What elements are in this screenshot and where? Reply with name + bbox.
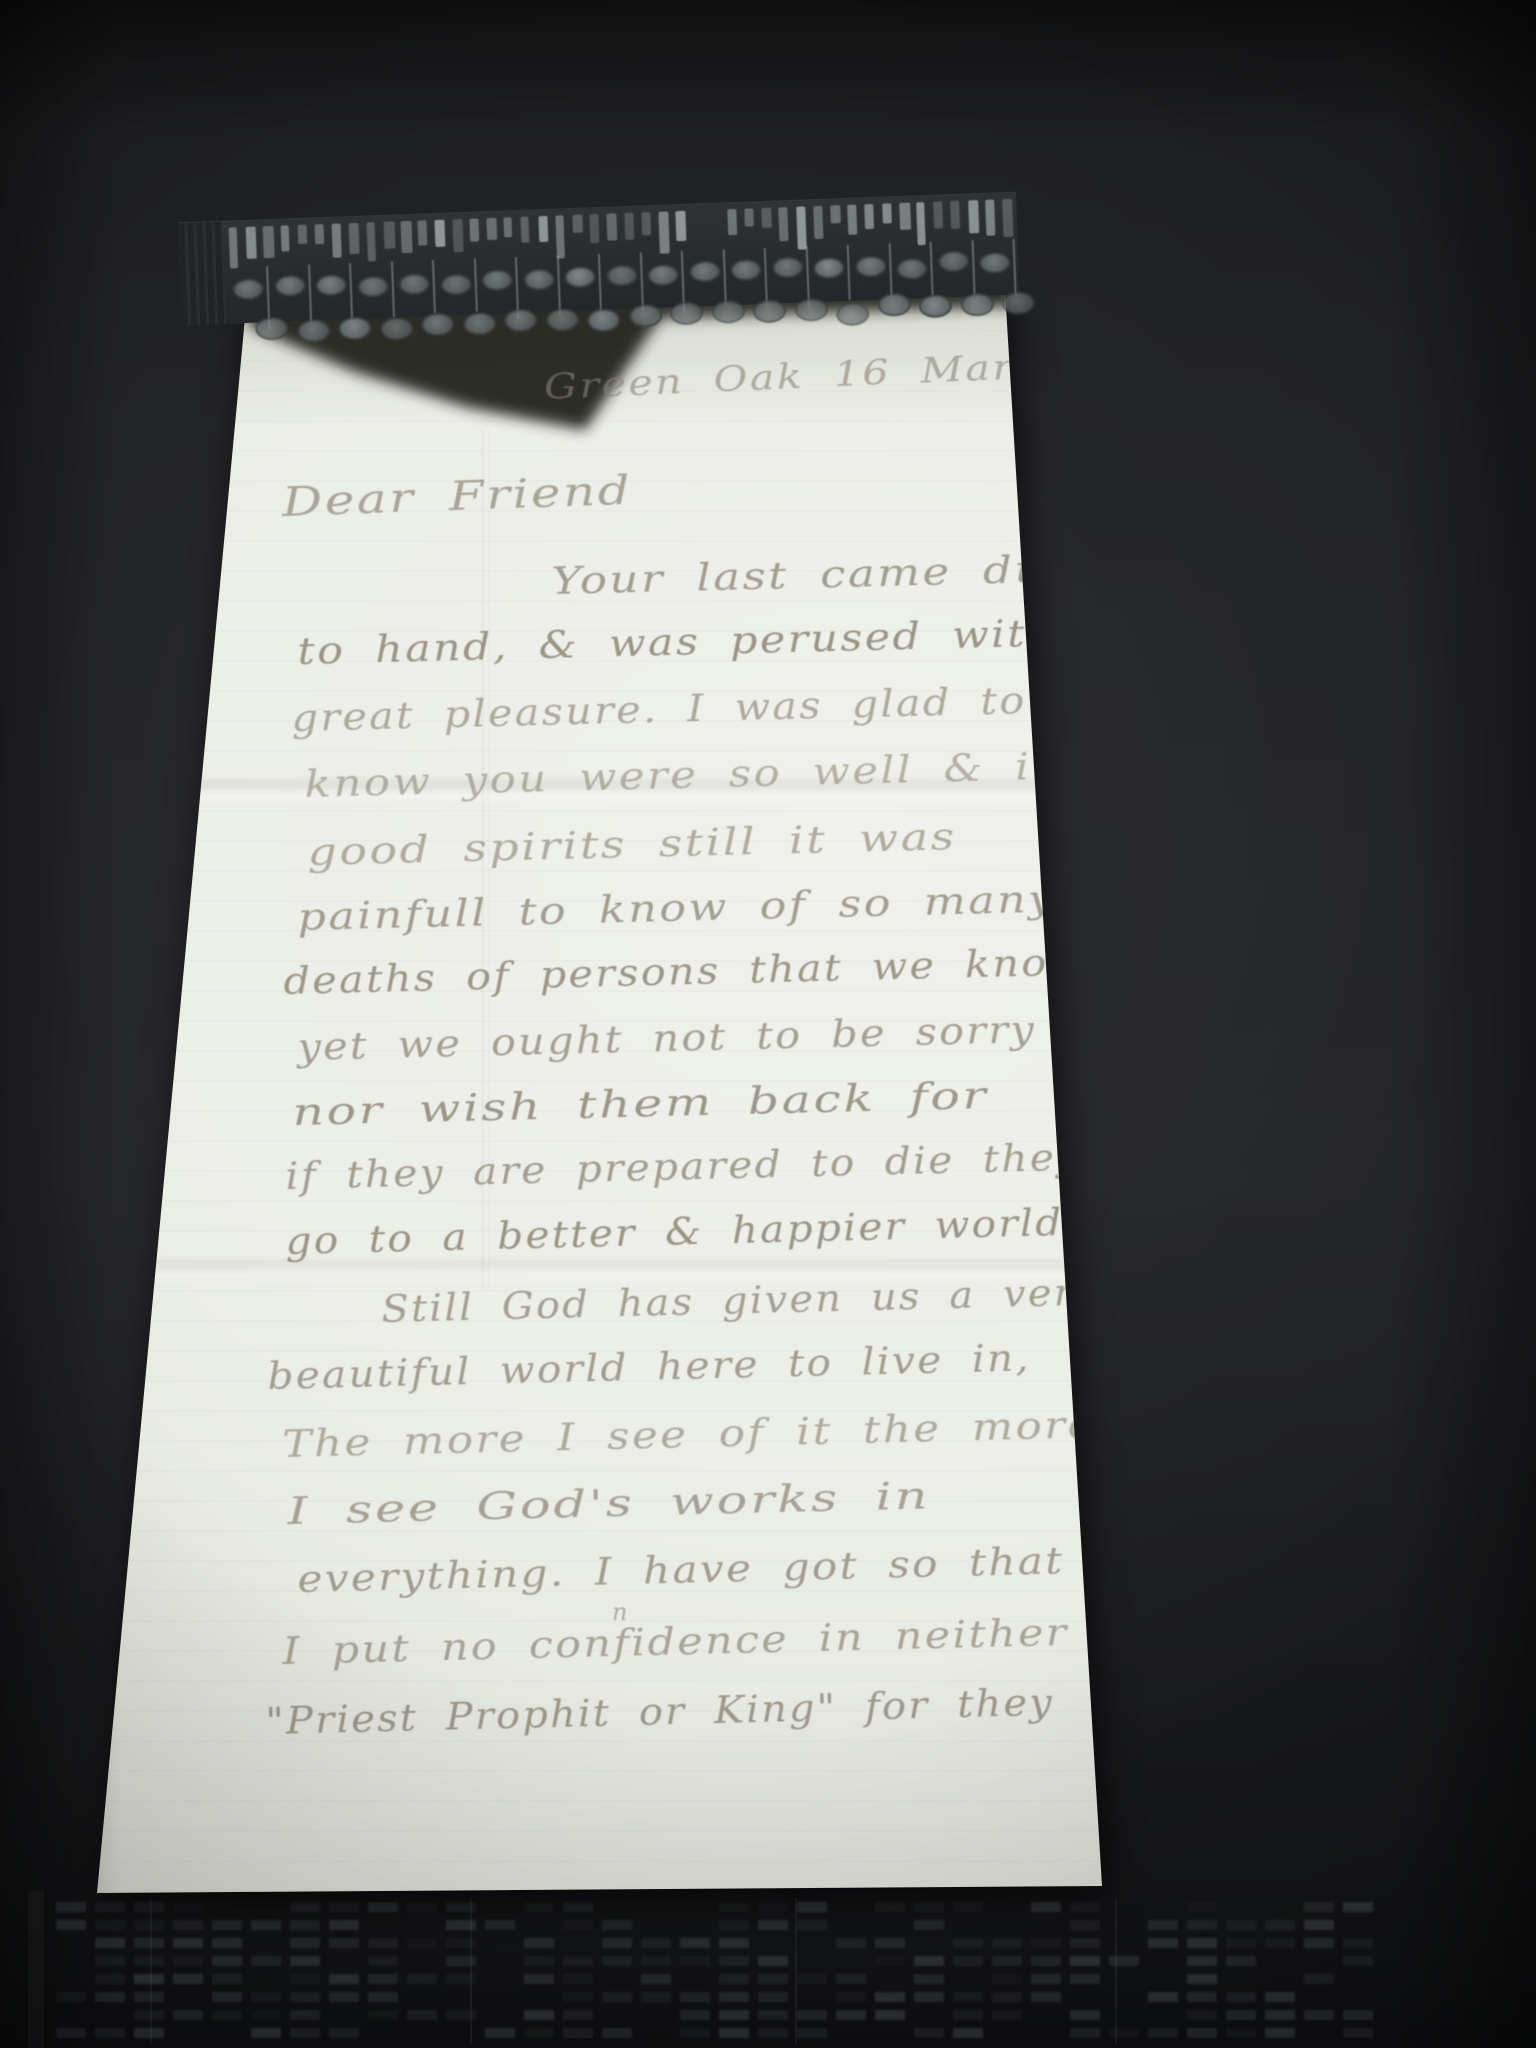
key-stem [847, 245, 851, 300]
letter-line: yet we ought not to be sorry [297, 1008, 1037, 1069]
key-oval [357, 275, 389, 297]
key-oval [315, 274, 347, 296]
key-oval [398, 273, 430, 295]
key-stem [308, 265, 312, 325]
strip-tick-bar [847, 205, 857, 235]
strip-tick-bar [727, 209, 737, 235]
letter-heading: Green Oak 16 March 4th /67 [543, 336, 1278, 408]
key-oval [628, 303, 662, 327]
letter-line: go to a better & happier world. [285, 1201, 1079, 1263]
strip-tick-bar [830, 205, 840, 223]
letter-line: if they are prepared to die they [285, 1136, 1082, 1198]
letter-line: beautiful world here to live in, [267, 1336, 1031, 1398]
key-stem [639, 252, 643, 309]
letter-insertion-mark: n [612, 1598, 629, 1626]
strip-tick-bar [761, 208, 772, 228]
key-oval [855, 255, 887, 277]
strip-tick-bar [452, 219, 464, 252]
strip-tick-bar [521, 217, 530, 243]
strip-tick-bar [366, 222, 376, 261]
strip-tick-bar [504, 217, 513, 237]
letter-line: The more I see of it the more [282, 1403, 1096, 1466]
key-oval [813, 257, 845, 279]
strip-tick-bar [383, 221, 395, 248]
strip-tick-bar [332, 223, 342, 257]
key-oval [979, 252, 1011, 274]
letter-line: everything. I have got so that [297, 1539, 1065, 1601]
letter-line: deaths of persons that we know [283, 940, 1087, 1003]
strip-tick-bar [624, 213, 634, 240]
strip-tick-bar [246, 227, 257, 259]
letter-line: Your last came duly [551, 547, 1091, 603]
key-oval [274, 275, 306, 297]
key-oval [523, 269, 555, 291]
key-stem [556, 255, 560, 314]
key-stem [722, 249, 726, 305]
strip-tick-bar [865, 204, 875, 229]
letter-line: nor wish them back for [292, 1074, 989, 1134]
strip-tick-bar [968, 200, 980, 233]
strip-tick-bar [538, 216, 548, 242]
key-oval [481, 269, 513, 291]
key-stem [598, 254, 602, 317]
key-stem [971, 240, 975, 296]
strip-tick-bar [590, 214, 600, 244]
strip-tick-bar [744, 208, 753, 226]
strip-tick-bar [486, 218, 497, 241]
key-stem [349, 263, 353, 323]
key-stem [390, 262, 394, 318]
strip-tick-bar [933, 201, 943, 229]
strip-tick-bar [607, 213, 617, 241]
key-stem [764, 248, 768, 305]
key-stem [1013, 239, 1017, 295]
key-oval [233, 278, 265, 300]
key-stem [432, 260, 436, 313]
strip-end-cap [178, 222, 226, 326]
key-oval [730, 259, 762, 281]
strip-tick-bar [899, 203, 911, 231]
key-oval [440, 274, 472, 296]
strip-tick-bar [916, 202, 926, 245]
key-oval [772, 257, 804, 279]
key-oval [689, 261, 721, 283]
strip-tick-bar [641, 212, 651, 235]
letter-line: I put no confidence in neither [282, 1611, 1069, 1673]
strip-tick-bar [813, 206, 824, 240]
letter-line: "Priest Prophit or King" for they [265, 1681, 1054, 1743]
strip-tick-bar [469, 218, 479, 242]
letter-line: painfull to know of so many [297, 877, 1056, 939]
letter-line: I see God's works in [287, 1474, 931, 1533]
strip-tick-bar [280, 225, 289, 251]
key-oval [647, 264, 679, 286]
strip-tick-bar [779, 207, 789, 241]
letter-line: great pleasure. I was glad to [291, 679, 1027, 740]
key-stem [888, 243, 892, 297]
strip-tick-bar [555, 215, 565, 258]
strip-tick-bar [297, 225, 307, 245]
key-oval [937, 251, 969, 273]
key-oval [564, 266, 596, 288]
strip-tick-bar [882, 203, 892, 224]
strip-tick-bar [349, 223, 360, 254]
key-oval [896, 258, 928, 280]
key-stem [473, 259, 477, 312]
photo-stage: Green Oak 16 March 4th /67 Dear Friend Y… [0, 0, 1536, 2048]
strip-tick-bar [229, 227, 239, 268]
strip-tick-bar [572, 215, 583, 234]
key-oval [606, 265, 638, 287]
strip-tick-bar [796, 206, 807, 249]
strip-tick-bar [658, 211, 670, 254]
strip-tick-bar [315, 224, 325, 245]
key-stem [805, 246, 809, 306]
letter-salutation: Dear Friend [281, 468, 633, 526]
key-stem [930, 242, 934, 295]
strip-tick-bar [418, 220, 428, 245]
strip-tick-bar [1002, 199, 1013, 238]
letter-line: good spirits still it was [307, 815, 957, 874]
strip-tick-bar [401, 221, 413, 254]
strip-tick-bar [985, 199, 996, 235]
strip-tick-bar [435, 220, 445, 247]
strip-tick-bar [676, 211, 687, 241]
strip-tick-bar [263, 226, 274, 259]
strip-tick-bar [951, 201, 961, 229]
key-oval [711, 299, 745, 323]
letter-line: to hand, & was perused with [297, 611, 1057, 673]
